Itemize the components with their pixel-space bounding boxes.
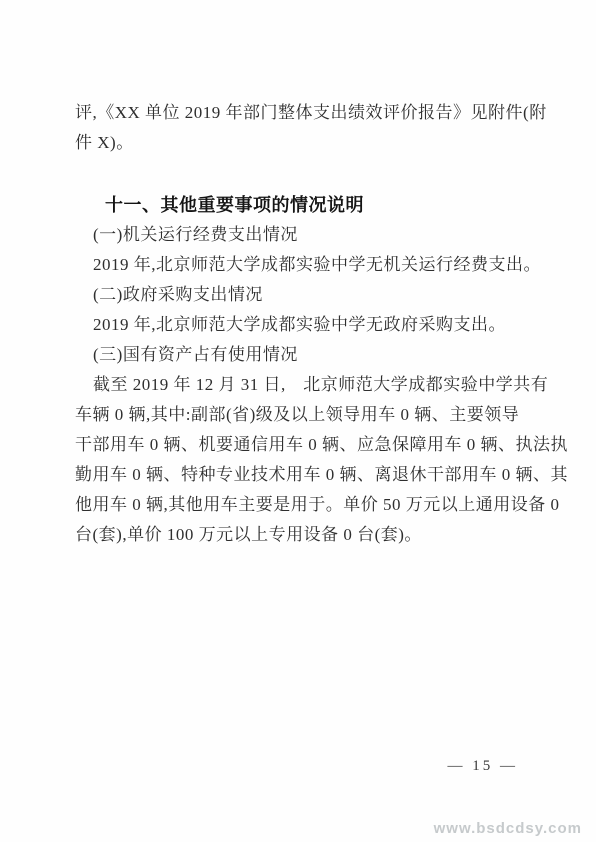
page-number: — 15 — bbox=[448, 756, 519, 776]
intro-paragraph-line: 件 X)。 bbox=[75, 128, 525, 158]
asset-paragraph: 截至 2019 年 12 月 31 日, 北京师范大学成都实验中学共有 车辆 0… bbox=[75, 370, 525, 550]
document-page: 评,《XX 单位 2019 年部门整体支出绩效评价报告》见附件(附 件 X)。 … bbox=[0, 0, 596, 842]
asset-paragraph-line: 他用车 0 辆,其他用车主要是用于。单价 50 万元以上通用设备 0 bbox=[75, 490, 525, 520]
asset-paragraph-line: 台(套),单价 100 万元以上专用设备 0 台(套)。 bbox=[75, 520, 525, 550]
section-heading: 十一、其他重要事项的情况说明 bbox=[105, 190, 525, 220]
subsection-body-1: 2019 年,北京师范大学成都实验中学无机关运行经费支出。 bbox=[75, 250, 525, 280]
subsection-heading-2: (二)政府采购支出情况 bbox=[75, 280, 525, 310]
subsection-heading-1: (一)机关运行经费支出情况 bbox=[75, 220, 525, 250]
intro-paragraph-line: 评,《XX 单位 2019 年部门整体支出绩效评价报告》见附件(附 bbox=[75, 98, 525, 128]
watermark-url: www.bsdcdsy.com bbox=[434, 820, 582, 838]
subsection-body-2: 2019 年,北京师范大学成都实验中学无政府采购支出。 bbox=[75, 310, 525, 340]
document-body: 评,《XX 单位 2019 年部门整体支出绩效评价报告》见附件(附 件 X)。 … bbox=[75, 98, 525, 550]
asset-paragraph-line: 干部用车 0 辆、机要通信用车 0 辆、应急保障用车 0 辆、执法执 bbox=[75, 430, 525, 460]
asset-paragraph-line: 截至 2019 年 12 月 31 日, 北京师范大学成都实验中学共有 bbox=[75, 370, 525, 400]
asset-paragraph-line: 勤用车 0 辆、特种专业技术用车 0 辆、离退休干部用车 0 辆、其 bbox=[75, 460, 525, 490]
subsection-heading-3: (三)国有资产占有使用情况 bbox=[75, 340, 525, 370]
asset-paragraph-line: 车辆 0 辆,其中:副部(省)级及以上领导用车 0 辆、主要领导 bbox=[75, 400, 525, 430]
